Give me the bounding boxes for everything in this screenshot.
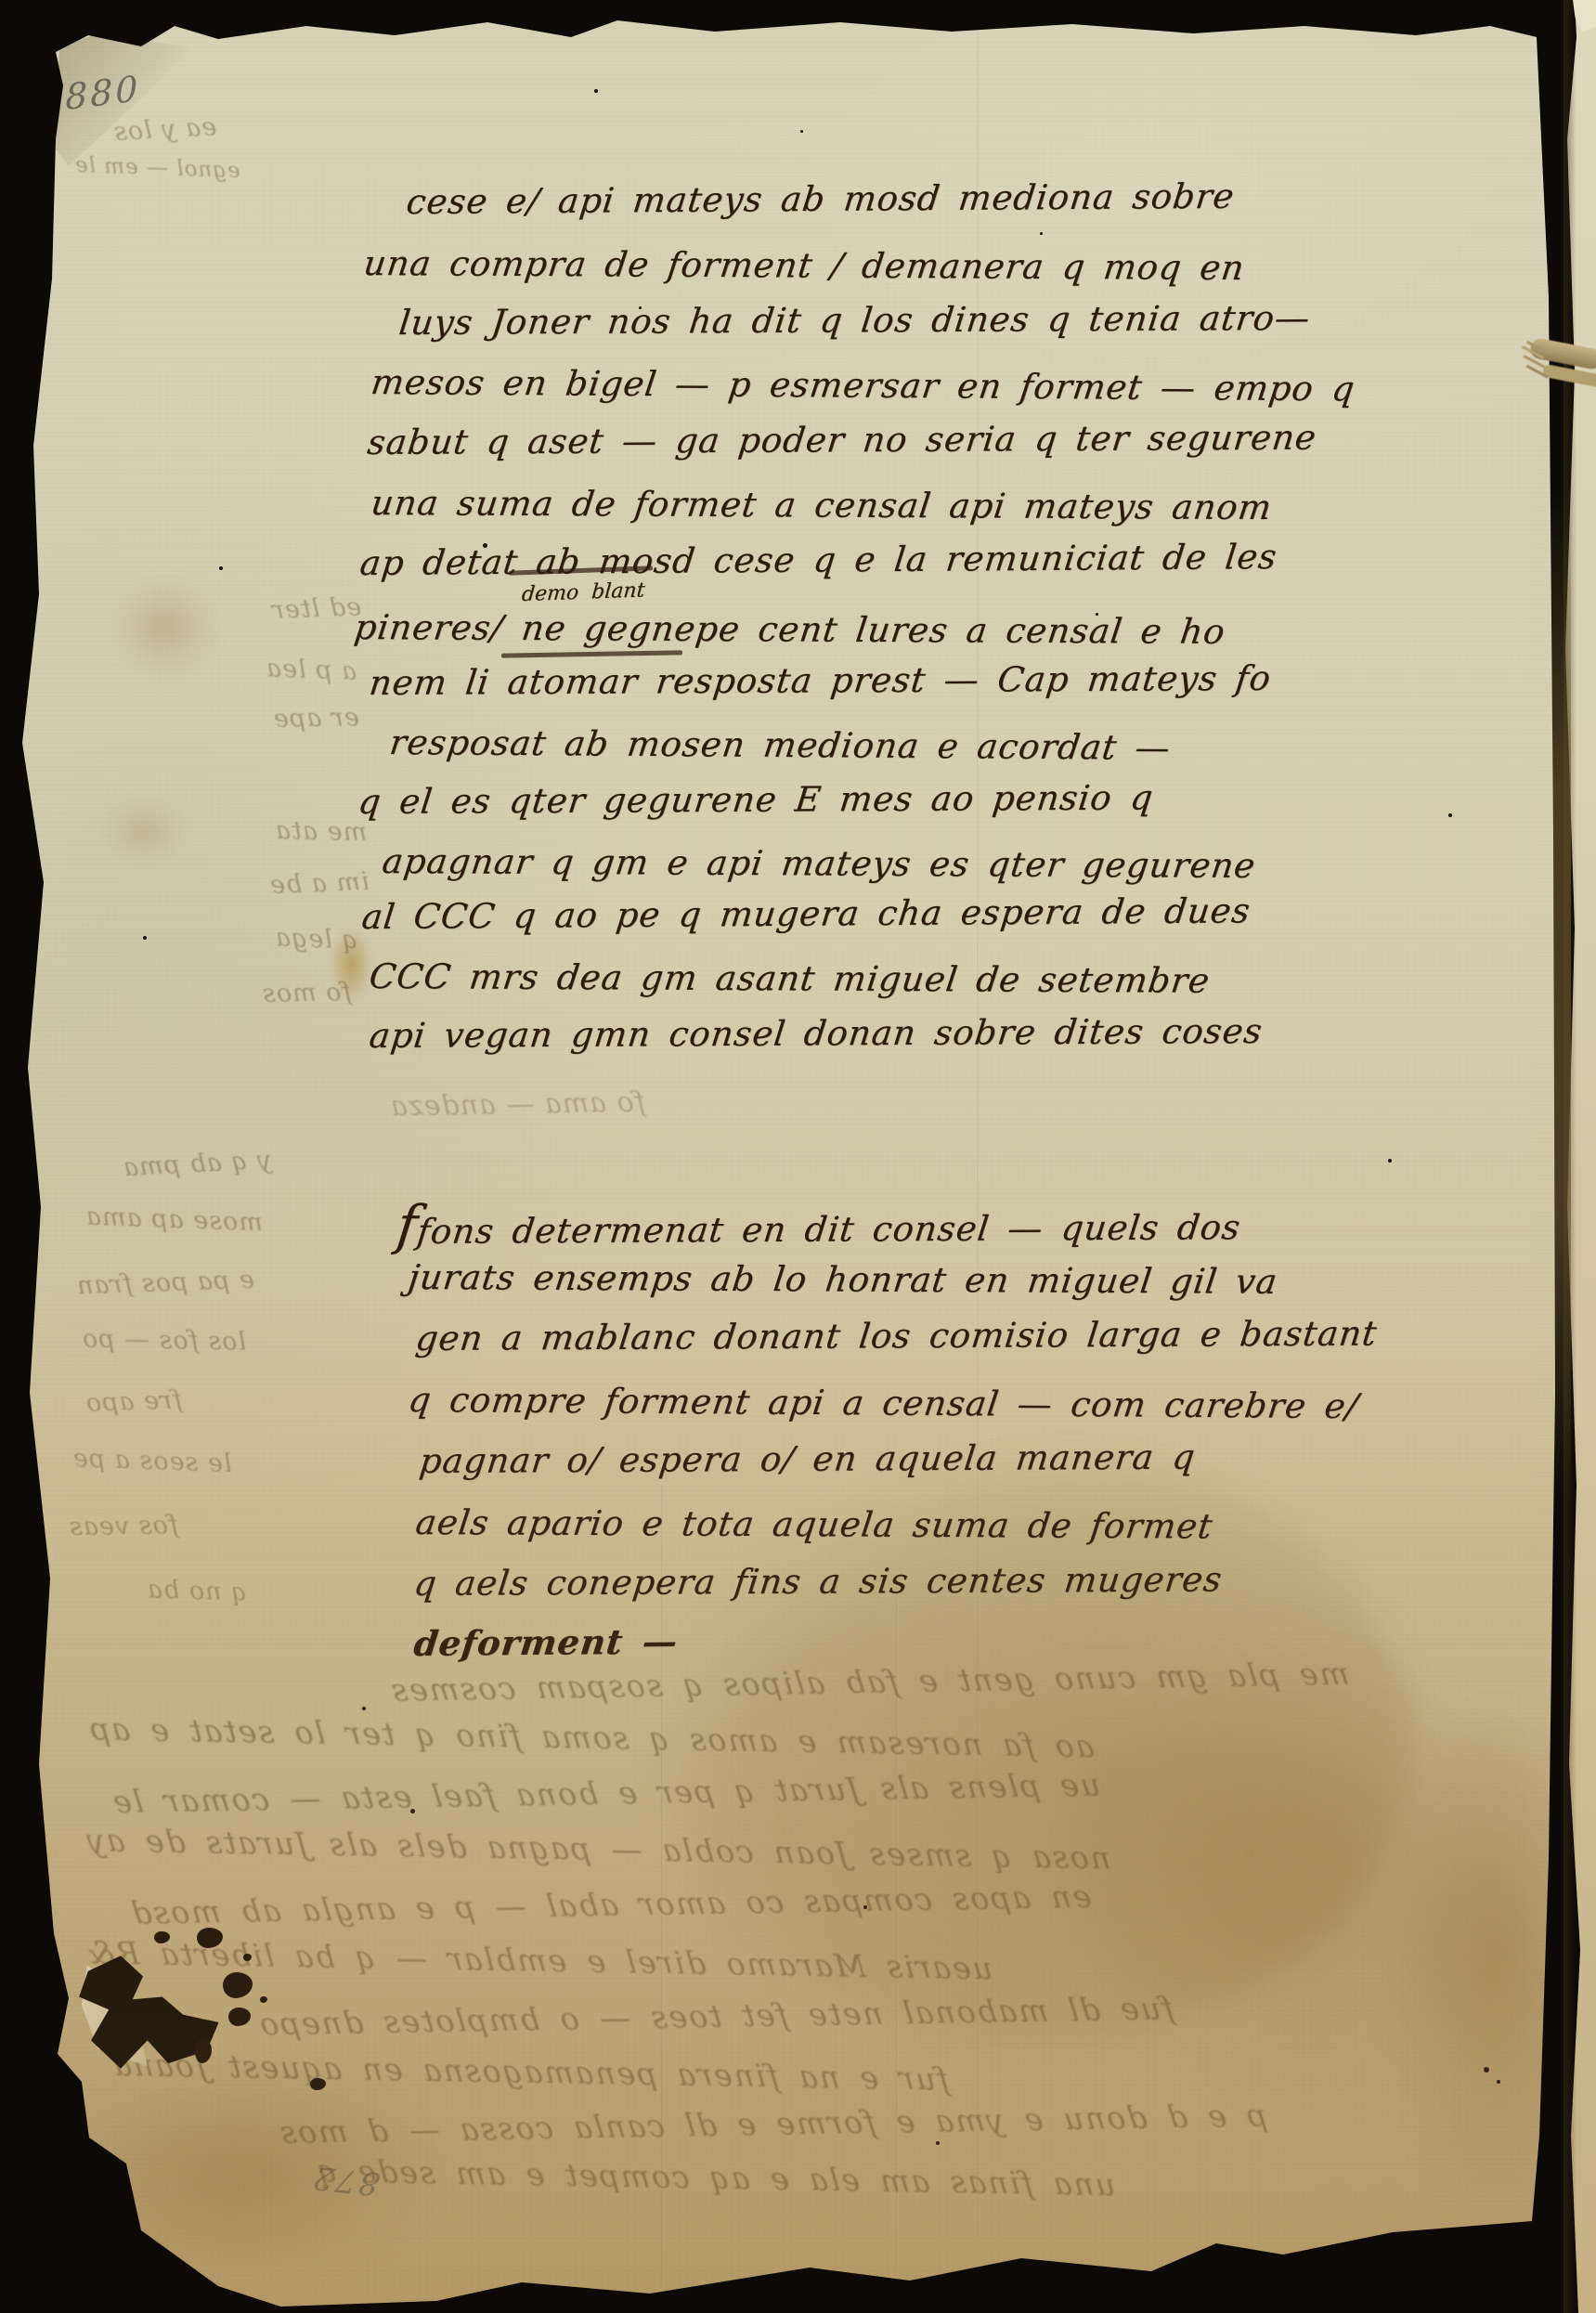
ink-speck — [219, 566, 223, 570]
bleedthrough-line: uearis Maramo direl e emblar — q ba libe… — [84, 1934, 993, 1986]
margin-fragment: le seos a pe — [72, 1444, 233, 1478]
manuscript-line: una compra de forment / demanera q moq e… — [361, 243, 1247, 288]
manuscript-line: pagnar o/ espera o/ en aquela manera q — [417, 1437, 1197, 1481]
manuscript-line: jurats ensemps ab lo honrat en miguel gi… — [406, 1257, 1279, 1302]
margin-fragment: ed lter — [270, 592, 361, 624]
fold-crease-center — [977, 28, 980, 2238]
margin-fragment: ea y los — [112, 112, 217, 147]
ink-speck — [483, 543, 487, 548]
margin-fragment: mose ap ama — [85, 1202, 264, 1238]
interline-insertion: demo blant — [521, 578, 646, 606]
margin-fragment: los fos — po — [82, 1324, 247, 1356]
manuscript-line: apagnar q gm e api mateys es qter gegure… — [380, 841, 1258, 886]
manuscript-line: cese e/ api mateys ab mosd mediona sobre — [405, 176, 1238, 222]
ink-blot — [154, 1931, 170, 1943]
manuscript-line: al CCC q ao pe q mugera cha espera de du… — [360, 890, 1253, 937]
bleedthrough-line: en apos compas co amor abal — p e angla … — [128, 1878, 1094, 1931]
torn-flap — [78, 1961, 167, 2071]
tear-hole — [76, 1948, 225, 2076]
manuscript-line: mesos en bigel — p esmersar en formet — … — [369, 362, 1357, 409]
margin-fragment: q lega — [274, 923, 358, 955]
bleedthrough-line: una finas am ela e aq compet e am sede q — [314, 2152, 1116, 2203]
manuscript-line: q aels conepera fins a sis centes mugere… — [411, 1559, 1224, 1604]
manuscript-line: CCC mrs dea gm asant miguel de setembre — [367, 956, 1212, 1001]
margin-fragment: fos veas — [69, 1511, 178, 1541]
ink-speck — [1448, 813, 1452, 817]
manuscript-line: ffons determenat en dit consel — quels d… — [394, 1189, 1245, 1256]
manuscript-line: pineres/ ne gegnepe cent lures a censal … — [352, 607, 1227, 652]
ink-speck — [1388, 1159, 1392, 1163]
ink-blot — [197, 1928, 223, 1948]
margin-fragment: fo mos — [262, 978, 352, 1008]
margin-fragment: im a be — [268, 867, 370, 900]
fold-crease-lower-left — [661, 1486, 664, 2284]
manuscript-line: sabut q aset — ga poder no seria q ter s… — [365, 418, 1318, 462]
bleedthrough-line: ue plens als Jurat q per e bona fael est… — [110, 1767, 1103, 1821]
ink-blot — [195, 2039, 212, 2063]
margin-fragment: e pa pos fran — [76, 1266, 255, 1301]
bleedthrough-line: fue dl mabonal nete fet toes — o bmplote… — [256, 1990, 1176, 2042]
ink-speck — [639, 306, 642, 309]
ink-speck — [800, 130, 803, 133]
manuscript-line: deforment — — [411, 1620, 680, 1664]
bleedthrough-line: me pla gm cuno gent e fab alipos q sospa… — [388, 1656, 1351, 1709]
margin-fragment: er ape — [273, 703, 359, 734]
folio-number: 880 — [65, 68, 141, 118]
bleedthrough-line: fur e na finera penamagosna en aquest Jo… — [110, 2047, 950, 2098]
margin-fragment: a p lea — [265, 654, 357, 685]
margin-fragment: y q ab pma — [122, 1146, 272, 1182]
stain-small-ochre — [331, 929, 371, 1001]
manuscript-page: 880 872 ea y los egnol — em le ed lter a… — [0, 0, 1596, 2313]
manuscript-line: nem li atomar resposta prest — Cap matey… — [367, 658, 1273, 703]
ink-speck — [1497, 2080, 1500, 2084]
manuscript-line: q el es qter gegurene E mes ao pensio q — [356, 778, 1155, 823]
ink-blot — [228, 2008, 251, 2026]
stain-bottom-left — [37, 2061, 446, 2284]
ink-blot — [243, 1954, 252, 1961]
bleedthrough-line: ao fa noresam e amos q soma fino q ter l… — [86, 1711, 1096, 1765]
bleedthrough-line: p e d donu e yma e forme e dl canla coss… — [277, 2098, 1269, 2151]
manuscript-line: luys Joner nos ha dit q los dines q teni… — [396, 298, 1312, 343]
manuscript-scan: 880 872 ea y los egnol — em le ed lter a… — [0, 0, 1596, 2313]
manuscript-line: resposat ab mosen mediona e acordat — — [387, 722, 1173, 768]
stain-large-bottom — [650, 1449, 1411, 2043]
manuscript-line: gen a mablanc donant los comisio larga e… — [413, 1314, 1379, 1358]
ink-speck — [362, 1707, 366, 1710]
ink-speck — [143, 936, 147, 940]
fold-crease-lower-mid — [896, 1579, 899, 2266]
ink-blot — [260, 1996, 267, 2003]
manuscript-line: aels apario e tota aquela suma de formet — [413, 1502, 1215, 1546]
cancellation-stroke — [509, 565, 653, 575]
manuscript-line: ap detat ab mosd cese q e la remuniciat … — [358, 537, 1279, 583]
stain-left-margin-lower — [102, 799, 186, 864]
ink-speck — [410, 1809, 415, 1813]
bleedthrough-line: nosa q smses Joan cobla — pagna dels als… — [84, 1822, 1111, 1876]
ink-speck — [936, 2141, 940, 2145]
ink-speck — [1484, 2067, 1489, 2073]
margin-fragment: egnol — em le — [74, 153, 240, 183]
gap-bleed-fragment: fo ama — andeza — [390, 1086, 645, 1124]
corner-fold — [54, 32, 202, 166]
manuscript-line: api vegan gmn consel donan sobre dites c… — [367, 1011, 1265, 1056]
ink-speck — [1096, 613, 1098, 616]
stain-bottom-right — [1049, 1634, 1569, 2117]
ink-speck — [1040, 232, 1043, 235]
ink-speck — [863, 1905, 867, 1909]
ink-blot — [310, 2078, 326, 2090]
margin-fragment: me ata — [275, 816, 368, 847]
ink-speck — [594, 89, 598, 93]
manuscript-line: q compre forment api a censal — com care… — [406, 1380, 1361, 1426]
cancellation-stroke — [501, 650, 682, 657]
ink-blot — [223, 1972, 253, 1998]
inverted-folio-number: 872 — [307, 2158, 383, 2202]
manuscript-line: una suma de formet a censal api mateys a… — [369, 483, 1274, 527]
margin-fragment: q no ba — [146, 1575, 248, 1607]
margin-fragment: fre apo — [84, 1385, 182, 1418]
stain-left-margin-upper — [110, 576, 221, 678]
